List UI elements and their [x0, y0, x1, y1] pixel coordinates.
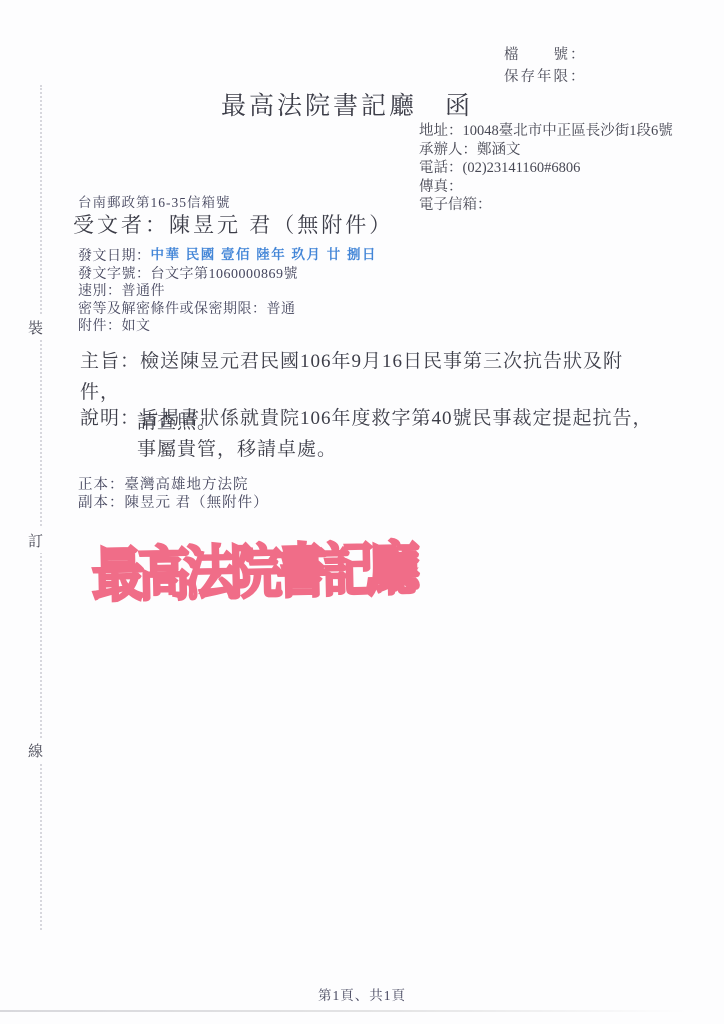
original-copy-line: 正本：臺灣高雄地方法院	[78, 476, 269, 494]
retention-period-label: 保存年限：	[504, 66, 587, 88]
distribution-block: 正本：臺灣高雄地方法院 副本：陳昱元 君（無附件）	[78, 476, 269, 512]
description-paragraph: 說明：旨揭書狀係就貴院106年度救字第40號民事裁定提起抗告， 事屬貴管，移請卓…	[80, 404, 655, 465]
fax-line: 傳真：	[419, 178, 673, 197]
contact-person-line: 承辦人：鄭涵文	[419, 141, 673, 160]
description-label: 說明：	[80, 408, 140, 429]
attachment-line: 附件：如文	[78, 318, 377, 336]
binding-dotted-line	[40, 85, 42, 930]
scan-edge-line	[0, 1010, 724, 1012]
issue-date-label: 發文日期：	[78, 249, 151, 264]
sender-info-block: 地址：10048臺北市中正區長沙街1段6號 承辦人：鄭涵文 電話：(02)231…	[419, 122, 673, 215]
recipient-line: 受文者：陳昱元 君（無附件）	[73, 209, 393, 239]
description-line-1: 說明：旨揭書狀係就貴院106年度救字第40號民事裁定提起抗告，	[80, 404, 655, 435]
cc-copy-line: 副本：陳昱元 君（無附件）	[78, 494, 269, 512]
binding-mark-zhuang: 裝	[28, 315, 43, 340]
doc-number-line: 發文字號：台文字第1060000869號	[78, 266, 377, 284]
document-meta-block: 發文日期：中華 民國 壹佰 陸年 玖月 廿 捌日 發文字號：台文字第106000…	[78, 247, 377, 336]
binding-mark-xian: 線	[28, 738, 43, 763]
description-line-2: 事屬貴管，移請卓處。	[80, 435, 655, 466]
speed-line: 速別：普通件	[78, 283, 377, 301]
office-stamp: 最高法院書記廳	[91, 522, 415, 613]
file-number-label: 檔 號：	[504, 44, 587, 66]
document-title: 最高法院書記廳 函	[221, 86, 473, 122]
date-stamp: 中華 民國 壹佰 陸年 玖月 廿 捌日	[151, 247, 378, 262]
address-line: 地址：10048臺北市中正區長沙街1段6號	[419, 122, 673, 141]
email-line: 電子信箱：	[419, 196, 673, 215]
security-line: 密等及解密條件或保密期限：普通	[78, 301, 377, 319]
subject-line-1: 主旨：檢送陳昱元君民國106年9月16日民事第三次抗告狀及附件，	[80, 347, 655, 408]
subject-label: 主旨：	[80, 351, 140, 372]
binding-mark-ding: 訂	[28, 528, 43, 553]
issue-date-line: 發文日期：中華 民國 壹佰 陸年 玖月 廿 捌日	[78, 247, 377, 266]
po-box-line: 台南郵政第16-35信箱號	[78, 191, 231, 211]
archive-label-block: 檔 號： 保存年限：	[504, 44, 587, 88]
page-number-footer: 第1頁、共1頁	[0, 984, 724, 1004]
phone-line: 電話：(02)23141160#6806	[419, 159, 673, 178]
scanned-letter-page: 裝 訂 線 檔 號： 保存年限： 最高法院書記廳 函 地址：10048臺北市中正…	[0, 0, 724, 1024]
